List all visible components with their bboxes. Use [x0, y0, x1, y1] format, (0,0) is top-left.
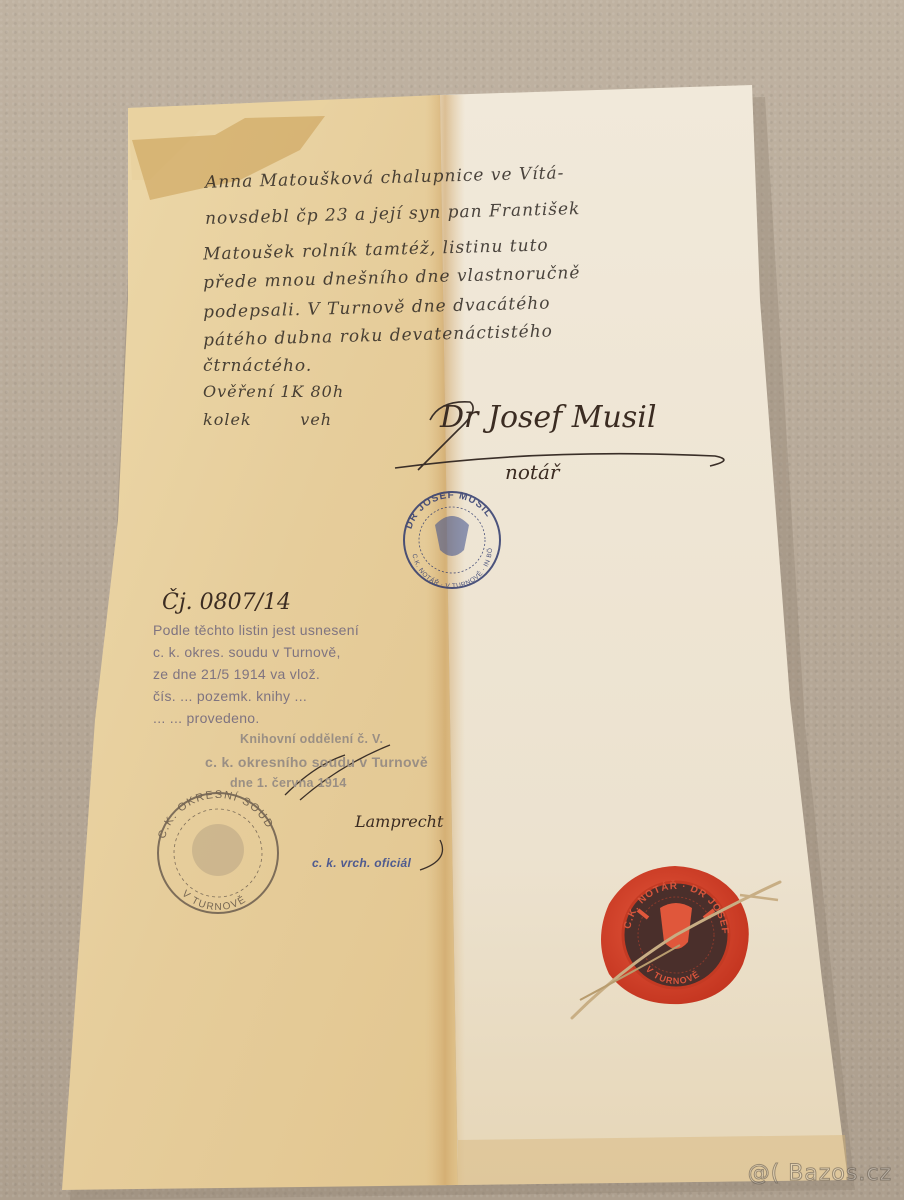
notary-title: notář	[505, 460, 559, 484]
registry-line-2: c. k. okres. soudu v Turnově,	[153, 644, 341, 660]
registry-line-4: čís. ... pozemk. knihy ...	[153, 688, 307, 704]
office-line-2: c. k. okresního soudu v Turnově	[205, 754, 428, 770]
fee-line-1: Ověření 1K 80h	[203, 382, 344, 401]
bazos-watermark: @( Bazos.cz	[748, 1161, 892, 1186]
notary-signature: Dr Josef Musil	[440, 400, 656, 435]
handwritten-line-7: čtrnáctého.	[203, 356, 312, 376]
office-line-3: dne 1. června 1914	[230, 776, 347, 790]
office-line-1: Knihovní oddělení č. V.	[240, 732, 383, 746]
document-photo: DR JOSEF MUSIL C.K. NOTÁŘ · V TURNOVĚ · …	[0, 0, 904, 1200]
clerk-title: c. k. vrch. oficiál	[312, 856, 411, 870]
registry-line-3: ze dne 21/5 1914 va vlož.	[153, 666, 320, 682]
registry-line-1: Podle těchto listin jest usnesení	[153, 622, 359, 638]
clerk-signature: Lamprecht	[355, 812, 443, 831]
case-number: Čj. 0807/14	[162, 590, 291, 615]
fee-line-2: kolek veh	[203, 410, 332, 429]
registry-line-5: ... ... provedeno.	[153, 710, 260, 726]
